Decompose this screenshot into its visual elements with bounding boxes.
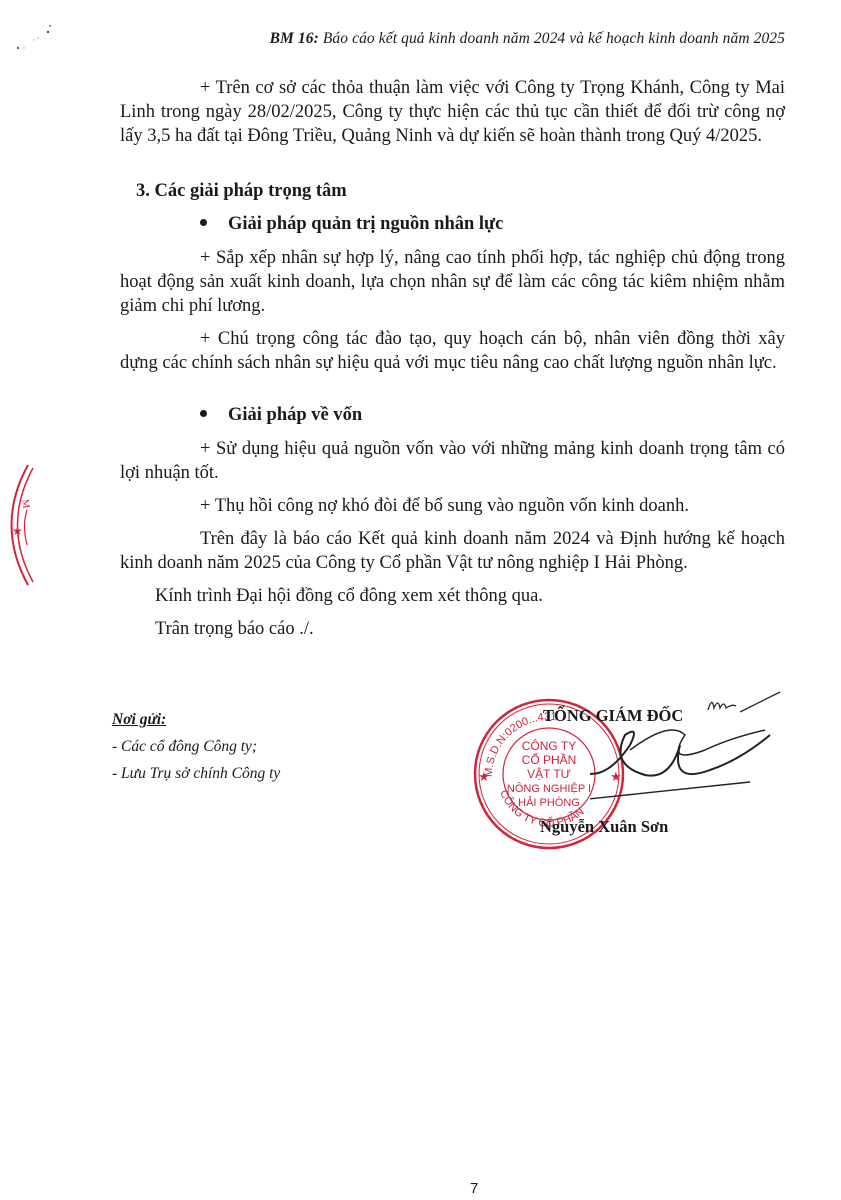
hr-item: + Chú trọng công tác đào tạo, quy hoạch … (120, 327, 785, 375)
header-title: Báo cáo kết quả kinh doanh năm 2024 và k… (323, 30, 785, 47)
bullet-icon (200, 219, 207, 226)
capital-item: + Sử dụng hiệu quả nguồn vốn vào với nhữ… (120, 437, 785, 485)
bullet-capital-heading: Giải pháp về vốn (200, 405, 362, 426)
form-code: BM 16: (270, 30, 319, 47)
closing-summary: Trên đây là báo cáo Kết quả kinh doanh n… (120, 527, 785, 575)
hr-item: + Sắp xếp nhân sự hợp lý, nâng cao tính … (120, 246, 785, 318)
scan-specks (10, 20, 60, 60)
svg-text:HẢI PHÒNG: HẢI PHÒNG (518, 796, 580, 809)
page-number: 7 (470, 1180, 478, 1197)
svg-text:★: ★ (478, 769, 490, 784)
document-header: BM 16: Báo cáo kết quả kinh doanh năm 20… (270, 30, 785, 48)
partial-stamp-icon: M ★ (0, 460, 40, 590)
handwritten-signature-icon (590, 690, 790, 820)
intro-section: + Trên cơ sở các thỏa thuận làm việc với… (120, 76, 785, 157)
svg-text:VẬT TƯ: VẬT TƯ (527, 766, 571, 781)
svg-text:NÔNG NGHIỆP I: NÔNG NGHIỆP I (507, 782, 591, 795)
recipient-item: - Lưu Trụ sở chính Công ty (112, 760, 280, 787)
closing-regards: Trân trọng báo cáo ./. (120, 617, 785, 641)
recipients-title: Nơi gửi: (112, 706, 280, 733)
intro-paragraph: + Trên cơ sở các thỏa thuận làm việc với… (120, 76, 785, 148)
svg-text:CỔ PHẦN: CỔ PHẦN (522, 752, 577, 767)
svg-text:M: M (19, 499, 31, 510)
signer-name: Nguyễn Xuân Sơn (540, 817, 668, 837)
recipient-item: - Các cổ đông Công ty; (112, 733, 280, 760)
svg-text:★: ★ (12, 524, 23, 538)
section-3-heading: 3. Các giải pháp trọng tâm (136, 181, 347, 202)
bullet-icon (200, 410, 207, 417)
recipients-block: Nơi gửi: - Các cổ đông Công ty; - Lưu Tr… (112, 706, 280, 787)
closing-request: Kính trình Đại hội đồng cổ đông xem xét … (120, 584, 785, 608)
svg-text:CÔNG TY: CÔNG TY (522, 738, 576, 753)
capital-section: + Sử dụng hiệu quả nguồn vốn vào với nhữ… (120, 437, 785, 650)
bullet-hr-heading: Giải pháp quản trị nguồn nhân lực (200, 214, 503, 235)
hr-section: + Sắp xếp nhân sự hợp lý, nâng cao tính … (120, 246, 785, 384)
capital-item: + Thụ hồi công nợ khó đòi để bổ sung vào… (120, 494, 785, 518)
